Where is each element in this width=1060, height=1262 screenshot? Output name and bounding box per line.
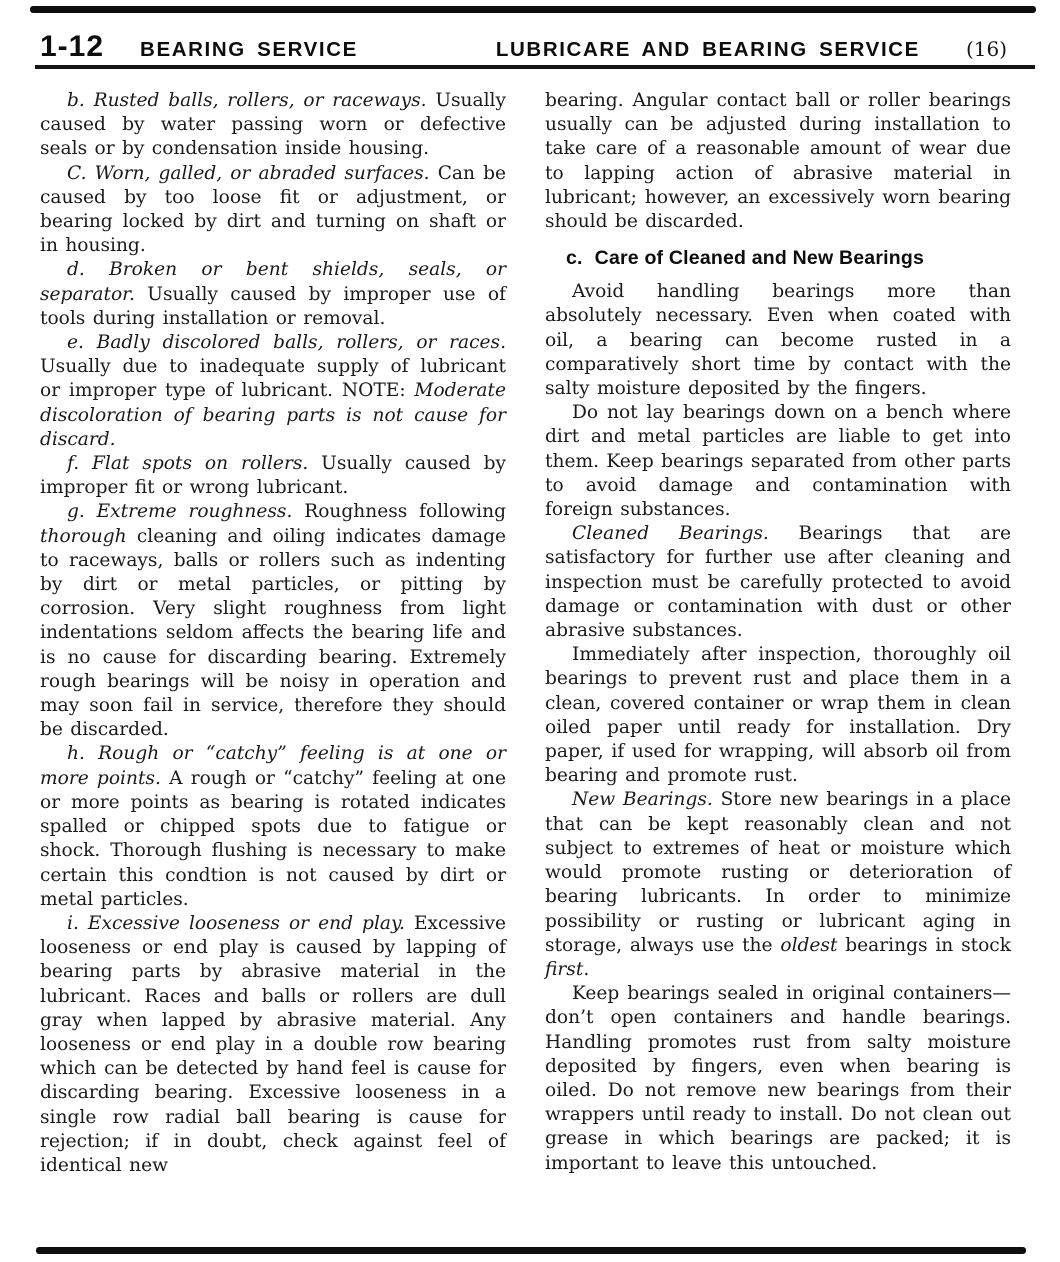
header-left-title: BEARING SERVICE <box>140 38 358 62</box>
paragraph: bearing. Angular contact ball or roller … <box>545 89 1011 234</box>
italic-run: b. Rusted balls, rollers, or raceways. <box>67 90 427 111</box>
italic-run: e. Badly discolored balls, rollers, or r… <box>67 332 506 353</box>
text-run: bearings in stock <box>837 935 1011 956</box>
italic-run: g. Extreme roughness. <box>67 501 292 522</box>
paragraph: b. Rusted balls, rollers, or raceways. U… <box>40 89 506 162</box>
paragraph: Cleaned Bearings. Bearings that are sati… <box>545 522 1011 643</box>
paragraph: e. Badly discolored balls, rollers, or r… <box>40 331 506 452</box>
italic-run: thorough <box>40 526 127 547</box>
paragraph: f. Flat spots on rollers. Usually caused… <box>40 452 506 500</box>
text-run: Roughness following <box>292 501 506 522</box>
subsection-heading-label: c. <box>566 247 583 269</box>
text-run: Avoid handling bearings more than absolu… <box>545 281 1011 399</box>
italic-run: Cleaned Bearings. <box>572 523 769 544</box>
text-columns: b. Rusted balls, rollers, or raceways. U… <box>40 89 1011 1178</box>
paragraph: Avoid handling bearings more than absolu… <box>545 280 1011 401</box>
column-right: bearing. Angular contact ball or roller … <box>545 89 1011 1178</box>
italic-run: C. Worn, galled, or abraded surfaces. <box>67 163 430 184</box>
header-right-title: LUBRICARE AND BEARING SERVICE <box>496 38 920 62</box>
paragraph: New Bearings. Store new bearings in a pl… <box>545 788 1011 982</box>
header-rule <box>35 65 1035 69</box>
paragraph: C. Worn, galled, or abraded surfaces. Ca… <box>40 162 506 259</box>
subsection-heading-text: Care of Cleaned and New Bearings <box>595 247 924 269</box>
page-header: 1-12 BEARING SERVICE LUBRICARE AND BEARI… <box>40 30 1035 64</box>
italic-run: first <box>545 959 583 980</box>
text-run: Excessive looseness or end play is cause… <box>40 913 506 1176</box>
paragraph: h. Rough or “catchy” feeling is at one o… <box>40 742 506 911</box>
paragraph: g. Extreme roughness. Roughness followin… <box>40 500 506 742</box>
italic-run: i. Excessive looseness or end play. <box>67 913 405 934</box>
italic-run: New Bearings. <box>572 789 713 810</box>
scan-artifact-top-bar <box>30 6 1036 13</box>
page-number: (16) <box>966 37 1007 61</box>
column-left: b. Rusted balls, rollers, or raceways. U… <box>40 89 506 1178</box>
paragraph: i. Excessive looseness or end play. Exce… <box>40 912 506 1178</box>
text-run: Do not lay bearings down on a bench wher… <box>545 402 1011 520</box>
scan-artifact-bottom-bar <box>36 1247 1026 1254</box>
text-run: Immediately after inspection, thoroughly… <box>545 644 1011 786</box>
text-run: Keep bearings sealed in original contain… <box>545 983 1011 1173</box>
italic-run: f. Flat spots on rollers. <box>67 453 308 474</box>
paragraph: d. Broken or bent shields, seals, or sep… <box>40 258 506 331</box>
text-run: bearing. Angular contact ball or roller … <box>545 90 1011 232</box>
section-number: 1-12 <box>40 30 104 64</box>
text-run: Store new bearings in a place that can b… <box>545 789 1011 955</box>
paragraph: Keep bearings sealed in original contain… <box>545 982 1011 1176</box>
text-run: cleaning and oiling indicates damage to … <box>40 526 506 741</box>
text-run: . <box>583 959 589 980</box>
paragraph: Do not lay bearings down on a bench wher… <box>545 401 1011 522</box>
subsection-heading: c.Care of Cleaned and New Bearings <box>566 247 1011 270</box>
italic-run: oldest <box>780 935 837 956</box>
paragraph: Immediately after inspection, thoroughly… <box>545 643 1011 788</box>
